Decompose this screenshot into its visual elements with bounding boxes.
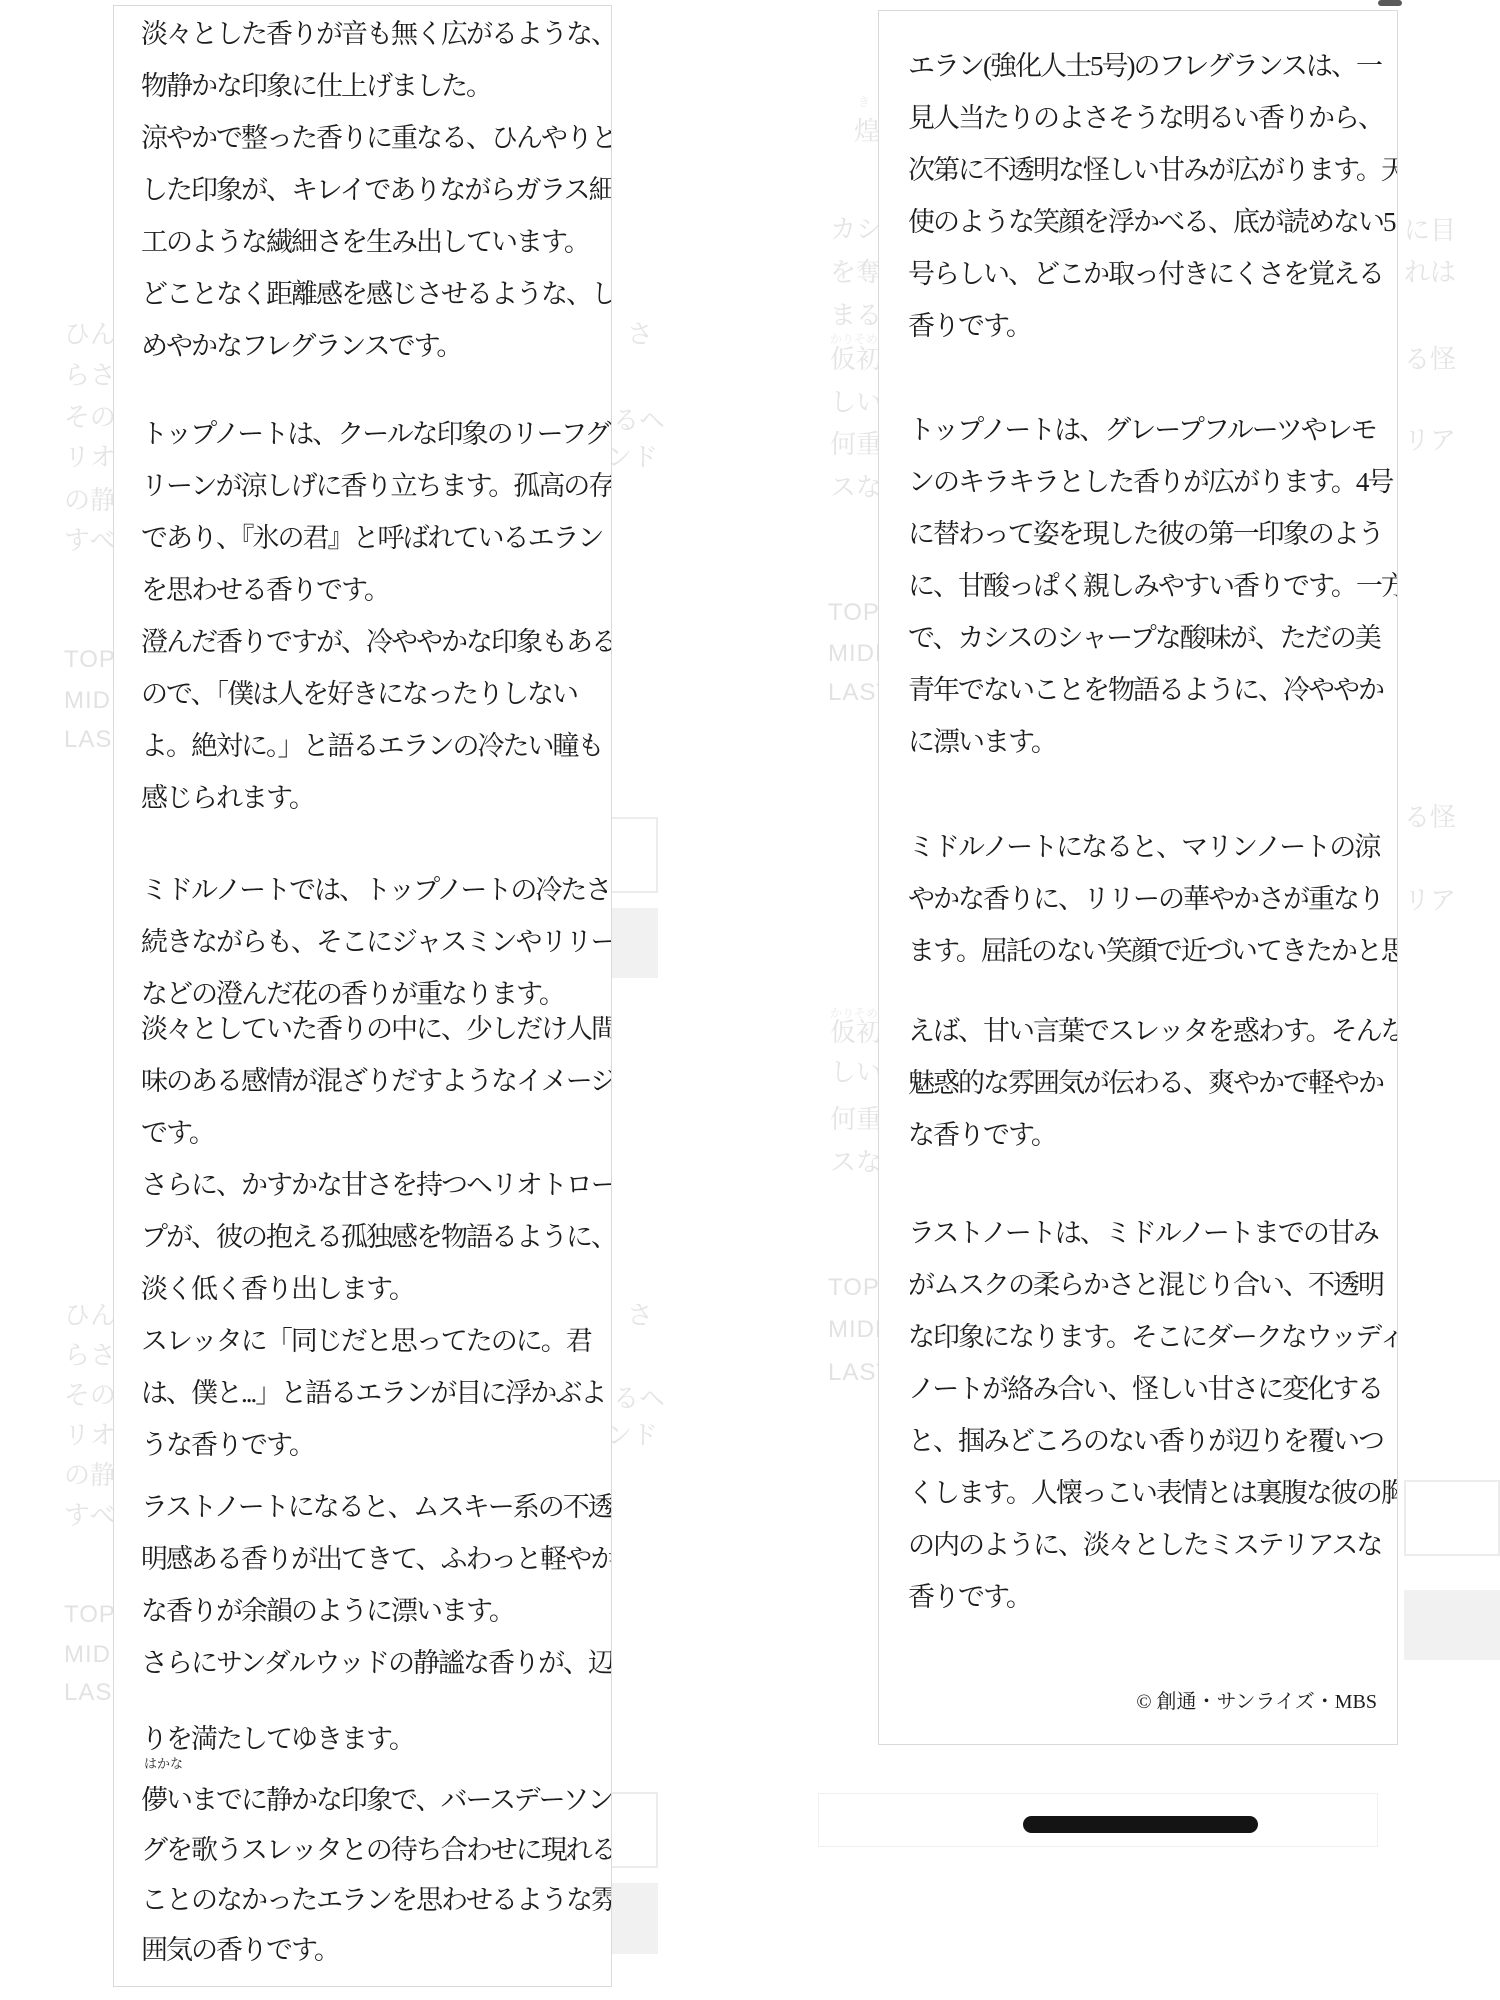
text-line: トップノートは、クールな印象のリーフグ — [141, 408, 601, 460]
background-input-box — [1404, 1480, 1500, 1556]
text-line: に漂います。 — [908, 716, 1387, 768]
text-line: どことなく距離感を感じさせるような、し — [141, 268, 601, 320]
text-line: ので、「僕は人を好きになったりしない — [141, 668, 601, 720]
drag-handle-bar[interactable] — [1023, 1816, 1258, 1833]
background-text-fragment: 何重 — [830, 1106, 882, 1132]
text-line: リーンが涼しげに香り立ちます。孤高の存在 — [141, 460, 601, 512]
background-text-fragment: まる — [830, 302, 882, 328]
text-line: ことのなかったエランを思わせるような雰 — [141, 1875, 601, 1925]
text-line: よ。絶対に。」と語るエランの冷たい瞳も — [141, 720, 601, 772]
background-text-fragment: 何重 — [830, 431, 882, 457]
text-line: に替わって姿を現した彼の第一印象のよう — [908, 508, 1387, 560]
text-line: で、カシスのシャープな酸味が、ただの美 — [908, 612, 1387, 664]
text-line: 淡々とした香りが音も無く広がるような、 — [141, 8, 601, 60]
text-line: 物静かな印象に仕上げました。 — [141, 60, 601, 112]
text-line: 青年でないことを物語るように、冷ややか — [908, 664, 1387, 716]
background-text-fragment: さ — [627, 321, 653, 347]
text-line: 使のような笑顔を浮かべる、底が読めない5 — [908, 196, 1387, 248]
background-text-fragment: ンド — [606, 1422, 658, 1448]
text-line: と、掴みどころのない香りが辺りを覆いつ — [908, 1415, 1387, 1467]
text-line: スレッタに「同じだと思ってたのに。君 — [141, 1315, 601, 1367]
text-line: 香りです。 — [908, 300, 1387, 352]
text-line: がムスクの柔らかさと混じり合い、不透明 — [908, 1259, 1387, 1311]
text-line: やかな香りに、リリーの華やかさが重なり — [908, 873, 1387, 925]
text-line: 続きながらも、そこにジャスミンやリリー — [141, 916, 601, 968]
background-text-fragment: さ — [627, 1302, 653, 1328]
paragraph: トップノートは、クールな印象のリーフグリーンが涼しげに香り立ちます。孤高の存在で… — [141, 408, 601, 824]
text-line: 魅惑的な雰囲気が伝わる、爽やかで軽やか — [908, 1057, 1387, 1109]
background-text-fragment: を奪 — [830, 259, 882, 285]
background-text-fragment: らさ — [64, 362, 116, 388]
copyright-line: © 創通・サンライズ・MBS — [908, 1687, 1387, 1717]
text-line: めやかなフレグランスです。 — [141, 320, 601, 372]
text-line: ラストノートになると、ムスキー系の不透 — [141, 1481, 601, 1533]
page: ひんらさそのリオの静すべTOP:MIDDLE:LAST:ひんらさそのリオの静すべ… — [0, 0, 1500, 2000]
text-line: ミドルノートでは、トップノートの冷たさは — [141, 864, 601, 916]
background-text-fragment: れは — [1404, 259, 1456, 285]
text-line: さらにサンダルウッドの静謐な香りが、辺 — [141, 1637, 601, 1689]
background-text-fragment: その — [64, 1382, 116, 1408]
text-line: な香りです。 — [908, 1109, 1387, 1161]
background-text-fragment: しい — [830, 1059, 882, 1085]
paragraph: © 創通・サンライズ・MBS — [908, 1687, 1387, 1717]
paragraph: えば、甘い言葉でスレッタを惑わす。そんな魅惑的な雰囲気が伝わる、爽やかで軽やかな… — [908, 1005, 1387, 1161]
text-line: ラストノートは、ミドルノートまでの甘み — [908, 1207, 1387, 1259]
text-line: 香りです。 — [908, 1571, 1387, 1623]
text-line: を思わせる香りです。 — [141, 564, 601, 616]
background-text-fragment: らさ — [64, 1342, 116, 1368]
background-text-fragment: ひん — [64, 321, 116, 347]
text-line: グを歌うスレッタとの待ち合わせに現れる — [141, 1825, 601, 1875]
background-text-fragment: ひん — [64, 1302, 116, 1328]
background-text-fragment: に目 — [1404, 217, 1456, 243]
text-line: に、甘酸っぱく親しみやすい香りです。一方 — [908, 560, 1387, 612]
text-line: な香りが余韻のように漂います。 — [141, 1585, 601, 1637]
paragraph: ミドルノートになると、マリンノートの涼やかな香りに、リリーの華やかさが重なります… — [908, 821, 1387, 977]
text-line: ます。屈託のない笑顔で近づいてきたかと思 — [908, 925, 1387, 977]
background-text-fragment: の静 — [64, 487, 116, 513]
paragraph: エラン(強化人士5号)のフレグランスは、一見人当たりのよさそうな明るい香りから、… — [908, 40, 1387, 352]
background-text-fragment: しい — [830, 389, 882, 415]
background-text-fragment: リア — [1404, 887, 1456, 913]
background-text-fragment: リア — [1404, 427, 1456, 453]
background-text-fragment: るヘ — [613, 1385, 665, 1411]
corner-fragment — [1378, 0, 1402, 6]
paragraph: 淡々とした香りが音も無く広がるような、物静かな印象に仕上げました。涼やかで整った… — [141, 8, 601, 372]
background-text-fragment: の静 — [64, 1462, 116, 1488]
background-text-fragment: すべ — [64, 1502, 115, 1528]
text-line: くします。人懐っこい表情とは裏腹な彼の胸 — [908, 1467, 1387, 1519]
text-line: エラン(強化人士5号)のフレグランスは、一 — [908, 40, 1387, 92]
text-line: した印象が、キレイでありながらガラス細 — [141, 164, 601, 216]
paragraph: 儚いまでに静かな印象で、バースデーソングを歌うスレッタとの待ち合わせに現れること… — [141, 1775, 601, 1975]
text-line: であり、『氷の君』と呼ばれているエラン — [141, 512, 601, 564]
text-line: 儚いまでに静かな印象で、バースデーソン — [141, 1775, 601, 1825]
text-line: 感じられます。 — [141, 772, 601, 824]
background-text-fragment: るヘ — [613, 407, 665, 433]
background-text-fragment: る怪 — [1404, 346, 1456, 372]
text-line: 工のような繊細さを生み出しています。 — [141, 216, 601, 268]
text-line: です。 — [141, 1107, 601, 1159]
background-text-fragment: スな — [830, 1149, 882, 1175]
text-line: 澄んだ香りですが、冷ややかな印象もある — [141, 616, 601, 668]
paragraph: トップノートは、グレープフルーツやレモンのキラキラとした香りが広がります。4号に… — [908, 404, 1387, 768]
text-line: 見人当たりのよさそうな明るい香りから、 — [908, 92, 1387, 144]
paragraph: ラストノートになると、ムスキー系の不透明感ある香りが出てきて、ふわっと軽やかな香… — [141, 1481, 601, 1689]
text-line: トップノートは、グレープフルーツやレモ — [908, 404, 1387, 456]
text-line: は、僕と...」と語るエランが目に浮かぶよ — [141, 1367, 601, 1419]
paragraph: ミドルノートでは、トップノートの冷たさは続きながらも、そこにジャスミンやリリーな… — [141, 864, 601, 1020]
paragraph: 淡々としていた香りの中に、少しだけ人間味のある感情が混ざりだすようなイメージです… — [141, 1003, 601, 1471]
text-line: ミドルノートになると、マリンノートの涼 — [908, 821, 1387, 873]
background-text-fragment: すべ — [64, 527, 115, 553]
background-text-fragment: リオ — [64, 1422, 116, 1448]
background-text-fragment: る怪 — [1404, 804, 1456, 830]
text-line: 囲気の香りです。 — [141, 1925, 601, 1975]
text-line: 次第に不透明な怪しい甘みが広がります。天 — [908, 144, 1387, 196]
text-line: さらに、かすかな甘さを持つヘリオトロー — [141, 1159, 601, 1211]
background-button-box — [1404, 1590, 1500, 1660]
background-text-fragment: その — [64, 404, 116, 430]
text-line: ンのキラキラとした香りが広がります。4号 — [908, 456, 1387, 508]
text-line: えば、甘い言葉でスレッタを惑わす。そんな — [908, 1005, 1387, 1057]
text-line: ノートが絡み合い、怪しい甘さに変化する — [908, 1363, 1387, 1415]
background-text-fragment: カシ — [830, 216, 882, 242]
text-line: 淡々としていた香りの中に、少しだけ人間 — [141, 1003, 601, 1055]
text-line: の内のように、淡々としたミステリアスな — [908, 1519, 1387, 1571]
description-card-right: エラン(強化人士5号)のフレグランスは、一見人当たりのよさそうな明るい香りから、… — [878, 10, 1398, 1745]
background-text-fragment: リオ — [64, 444, 116, 470]
text-line: な印象になります。そこにダークなウッディ — [908, 1311, 1387, 1363]
text-line: 明感ある香りが出てきて、ふわっと軽やか — [141, 1533, 601, 1585]
text-line: 号らしい、どこか取っ付きにくさを覚える — [908, 248, 1387, 300]
text-line: 淡く低く香り出します。 — [141, 1263, 601, 1315]
background-text-fragment: 煌 — [854, 118, 880, 144]
text-line: 涼やかで整った香りに重なる、ひんやりと — [141, 112, 601, 164]
background-text-fragment: き — [858, 96, 870, 108]
paragraph: ラストノートは、ミドルノートまでの甘みがムスクの柔らかさと混じり合い、不透明な印… — [908, 1207, 1387, 1623]
text-line: プが、彼の抱える孤独感を物語るように、 — [141, 1211, 601, 1263]
text-line: うな香りです。 — [141, 1419, 601, 1471]
background-text-fragment: スな — [830, 474, 882, 500]
text-line: 味のある感情が混ざりだすようなイメージ — [141, 1055, 601, 1107]
description-card-left: 淡々とした香りが音も無く広がるような、物静かな印象に仕上げました。涼やかで整った… — [113, 5, 612, 1987]
background-text-fragment: ンド — [606, 444, 658, 470]
